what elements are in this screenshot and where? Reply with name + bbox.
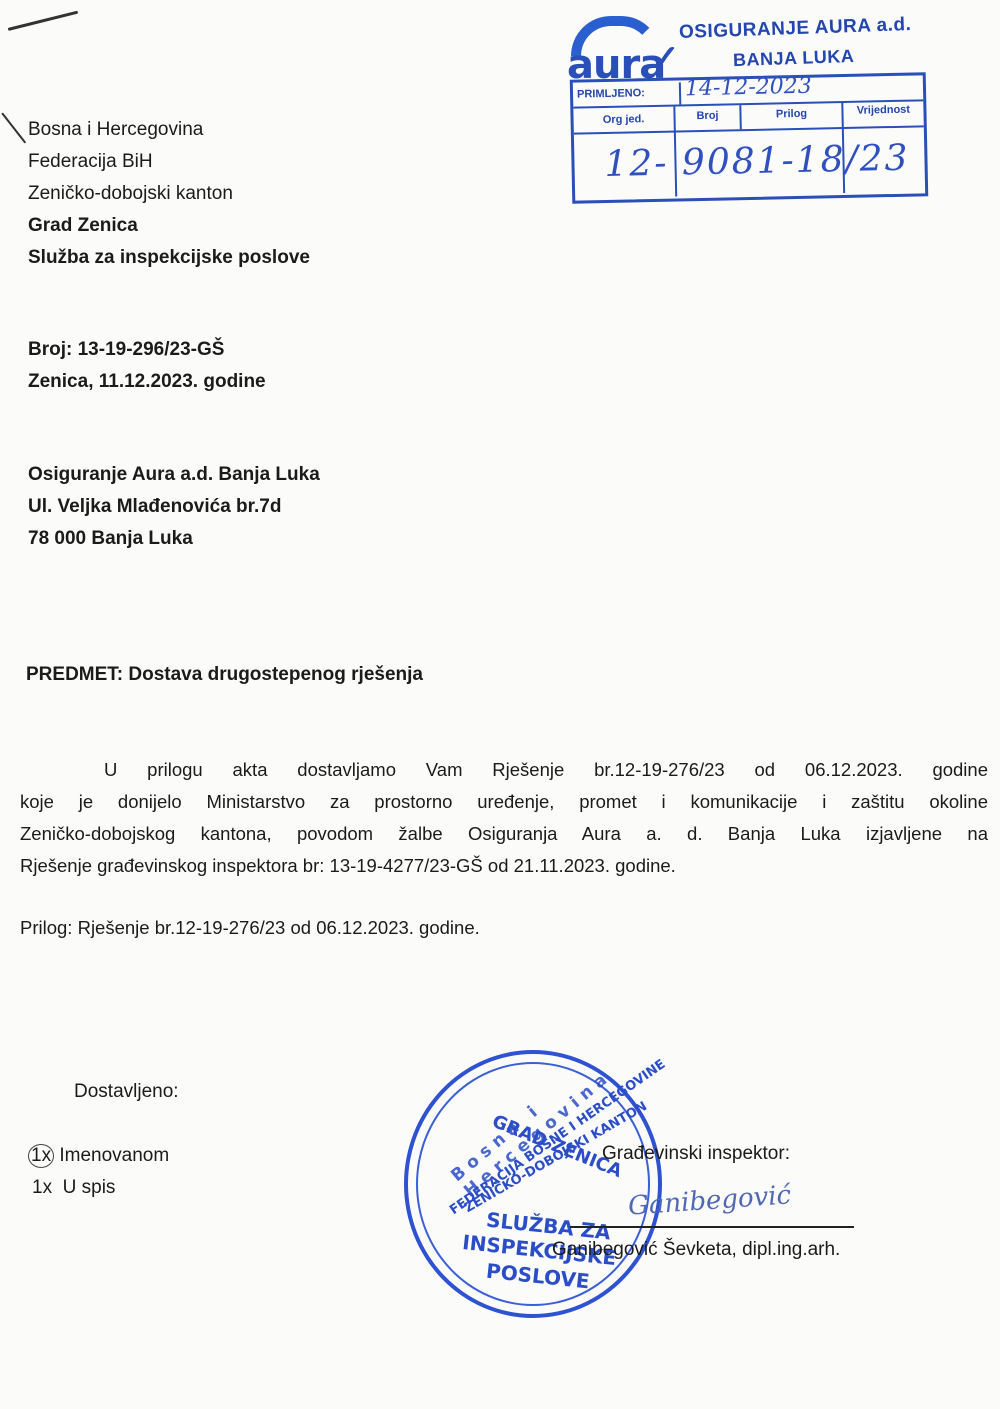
- col-vrijednost: Vrijednost: [843, 103, 923, 117]
- header-canton: Zeničko-dobojski kanton: [28, 178, 310, 210]
- pen-stroke-top: [8, 11, 79, 31]
- col-broj: Broj: [675, 109, 739, 122]
- received-label: PRIMLJENO:: [577, 86, 677, 100]
- issuer-header: Bosna i Hercegovina Federacija BiH Zenič…: [28, 114, 310, 274]
- col-org-jed: Org jed.: [575, 113, 671, 127]
- checkmark-icon: ✓: [651, 38, 680, 78]
- stamp-company: OSIGURANJE AURA a.d.: [679, 14, 912, 44]
- delivery-count-circled: 1x: [28, 1144, 54, 1168]
- recipient-street: Ul. Veljka Mlađenovića br.7d: [28, 491, 320, 523]
- subject-line: PREDMET: Dostava drugostepenog rješenja: [26, 659, 423, 691]
- handwritten-number: 12- 9081-18/23: [604, 138, 910, 185]
- official-seal: Bosna i Hercegovina FEDERACIJA BOSNE I H…: [404, 1050, 662, 1318]
- pen-stroke-left: [1, 112, 26, 143]
- body-line-2: koje je donijelo Ministarstvo za prostor…: [20, 786, 988, 818]
- signature-line: [570, 1226, 854, 1228]
- delivery-item: 1x Imenovanom: [28, 1140, 169, 1172]
- body-line-4: Rješenje građevinskog inspektora br: 13-…: [20, 850, 988, 882]
- attachment-line: Prilog: Rješenje br.12-19-276/23 od 06.1…: [20, 912, 480, 944]
- body-line-1: U prilogu akta dostavljamo Vam Rješenje …: [20, 754, 988, 786]
- body-paragraph: U prilogu akta dostavljamo Vam Rješenje …: [20, 754, 988, 882]
- delivery-label: Imenovanom: [59, 1145, 169, 1166]
- delivery-count: 1x: [32, 1177, 52, 1198]
- delivery-label: U spis: [63, 1177, 116, 1198]
- reference-block: Broj: 13-19-296/23-GŠ Zenica, 11.12.2023…: [28, 334, 266, 398]
- header-country: Bosna i Hercegovina: [28, 114, 310, 146]
- receipt-stamp: aura ✓ OSIGURANJE AURA a.d. BANJA LUKA P…: [565, 10, 925, 195]
- col-prilog: Prilog: [741, 107, 841, 121]
- recipient-block: Osiguranje Aura a.d. Banja Luka Ul. Velj…: [28, 459, 320, 555]
- received-date: 14-12-2023: [685, 74, 812, 102]
- recipient-city: 78 000 Banja Luka: [28, 523, 320, 555]
- delivery-list: 1x Imenovanom 1x U spis: [28, 1140, 169, 1204]
- delivery-item: 1x U spis: [28, 1172, 169, 1204]
- recipient-name: Osiguranje Aura a.d. Banja Luka: [28, 459, 320, 491]
- reference-place-date: Zenica, 11.12.2023. godine: [28, 366, 266, 398]
- inspector-name: Ganibegović Ševketa, dipl.ing.arh.: [552, 1234, 840, 1266]
- stamp-city: BANJA LUKA: [733, 46, 855, 71]
- reference-number: Broj: 13-19-296/23-GŠ: [28, 334, 266, 366]
- header-service: Služba za inspekcijske poslove: [28, 242, 310, 274]
- header-city: Grad Zenica: [28, 210, 310, 242]
- delivery-title: Dostavljeno:: [74, 1076, 179, 1108]
- header-federation: Federacija BiH: [28, 146, 310, 178]
- stamp-table: PRIMLJENO: 14-12-2023 Org jed. Broj Pril…: [570, 72, 929, 203]
- signature-title: Građevinski inspektor:: [602, 1138, 790, 1170]
- body-line-3: Zeničko-dobojskog kantona, povodom žalbe…: [20, 818, 988, 850]
